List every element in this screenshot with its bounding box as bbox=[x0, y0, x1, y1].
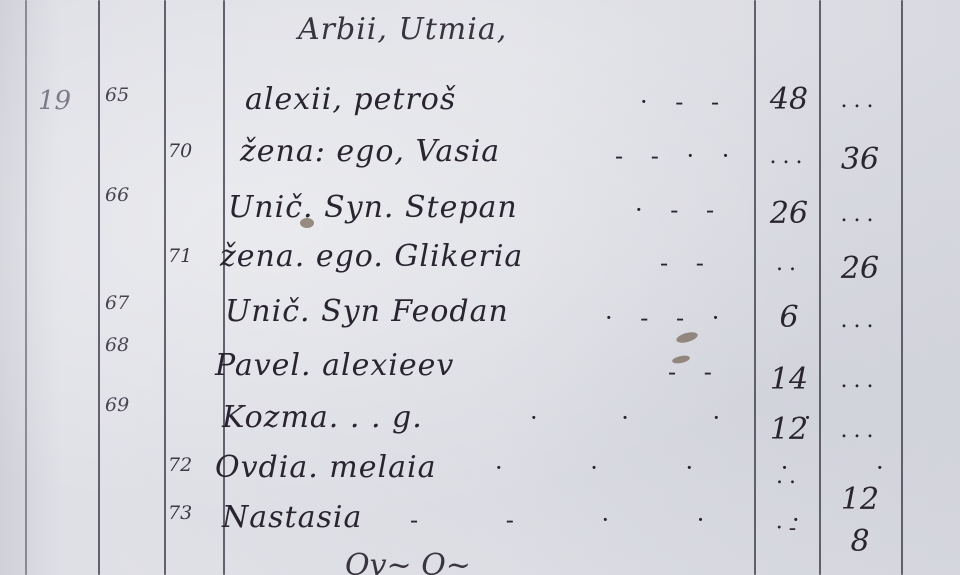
dot-leader: · - - · bbox=[605, 304, 729, 332]
male-number: 67 bbox=[105, 292, 129, 314]
age-female: 26 bbox=[822, 251, 898, 286]
age-female: ... bbox=[822, 88, 898, 113]
register-row: 73 Nastasia - - · · · ·- 8 bbox=[0, 500, 960, 540]
age-female: ... bbox=[822, 418, 898, 443]
person-name: Unič. Syn. Stepan bbox=[228, 190, 518, 225]
age-male: 6 bbox=[760, 300, 818, 335]
person-name: žena. ego. Glikeria bbox=[220, 239, 523, 274]
age-male: ... bbox=[760, 144, 818, 169]
dot-leader: · - - bbox=[640, 88, 729, 116]
register-row: 72 Ovdia. melaia · · · · · .. 12 bbox=[0, 450, 960, 490]
person-name: žena: ego, Vasia bbox=[240, 134, 500, 169]
person-name: Nastasia bbox=[222, 500, 362, 535]
age-female: ... bbox=[822, 308, 898, 333]
list-number: 19 bbox=[38, 86, 71, 116]
dot-leader: · - - bbox=[635, 196, 724, 224]
age-female: 36 bbox=[822, 142, 898, 177]
dot-leader: - - · · bbox=[615, 142, 739, 170]
male-number: 65 bbox=[105, 84, 129, 106]
age-male: 14 bbox=[760, 362, 818, 397]
age-male: 48 bbox=[760, 82, 818, 117]
register-row: 68 Pavel. alexieev - - 14 ... bbox=[0, 352, 960, 392]
male-number: 69 bbox=[105, 394, 129, 416]
male-number: 66 bbox=[105, 184, 129, 206]
age-male: 26 bbox=[760, 196, 818, 231]
ink-stain bbox=[300, 218, 314, 228]
person-name: Ovdia. melaia bbox=[215, 450, 436, 485]
person-name: Unič. Syn Feodan bbox=[225, 294, 509, 329]
cut-off-heading: Ov~ O~ bbox=[345, 548, 471, 575]
male-number: 68 bbox=[105, 334, 129, 356]
age-male: .. bbox=[760, 464, 818, 489]
female-number: 72 bbox=[168, 454, 192, 476]
age-male: .. bbox=[760, 251, 818, 276]
person-name: alexii, petroš bbox=[245, 82, 456, 117]
female-number: 73 bbox=[168, 502, 192, 524]
age-female: ... bbox=[822, 368, 898, 393]
age-male: 12 bbox=[760, 412, 818, 447]
female-number: 71 bbox=[168, 245, 192, 267]
dot-leader: - - bbox=[660, 249, 714, 277]
section-heading: Arbii, Utmia, bbox=[298, 12, 507, 47]
register-row: 67 Unič. Syn Feodan · - - · 6 ... bbox=[0, 298, 960, 338]
register-row: 66 Unič. Syn. Stepan · - - 26 ... bbox=[0, 190, 960, 230]
age-female: ... bbox=[822, 202, 898, 227]
dot-leader: · · · · · bbox=[495, 454, 924, 482]
age-male: ·- bbox=[760, 516, 818, 541]
person-name: Kozma. . . g. bbox=[222, 400, 423, 435]
register-row: 69 Kozma. . . g. · · · · 12 ... bbox=[0, 400, 960, 440]
register-row: 19 65 alexii, petroš · - - 48 ... bbox=[0, 84, 960, 124]
register-row: 70 žena: ego, Vasia - - · · ... 36 bbox=[0, 138, 960, 178]
register-row: 71 žena. ego. Glikeria - - .. 26 bbox=[0, 245, 960, 285]
person-name: Pavel. alexieev bbox=[215, 348, 454, 383]
age-female: 8 bbox=[822, 524, 898, 559]
female-number: 70 bbox=[168, 140, 192, 162]
